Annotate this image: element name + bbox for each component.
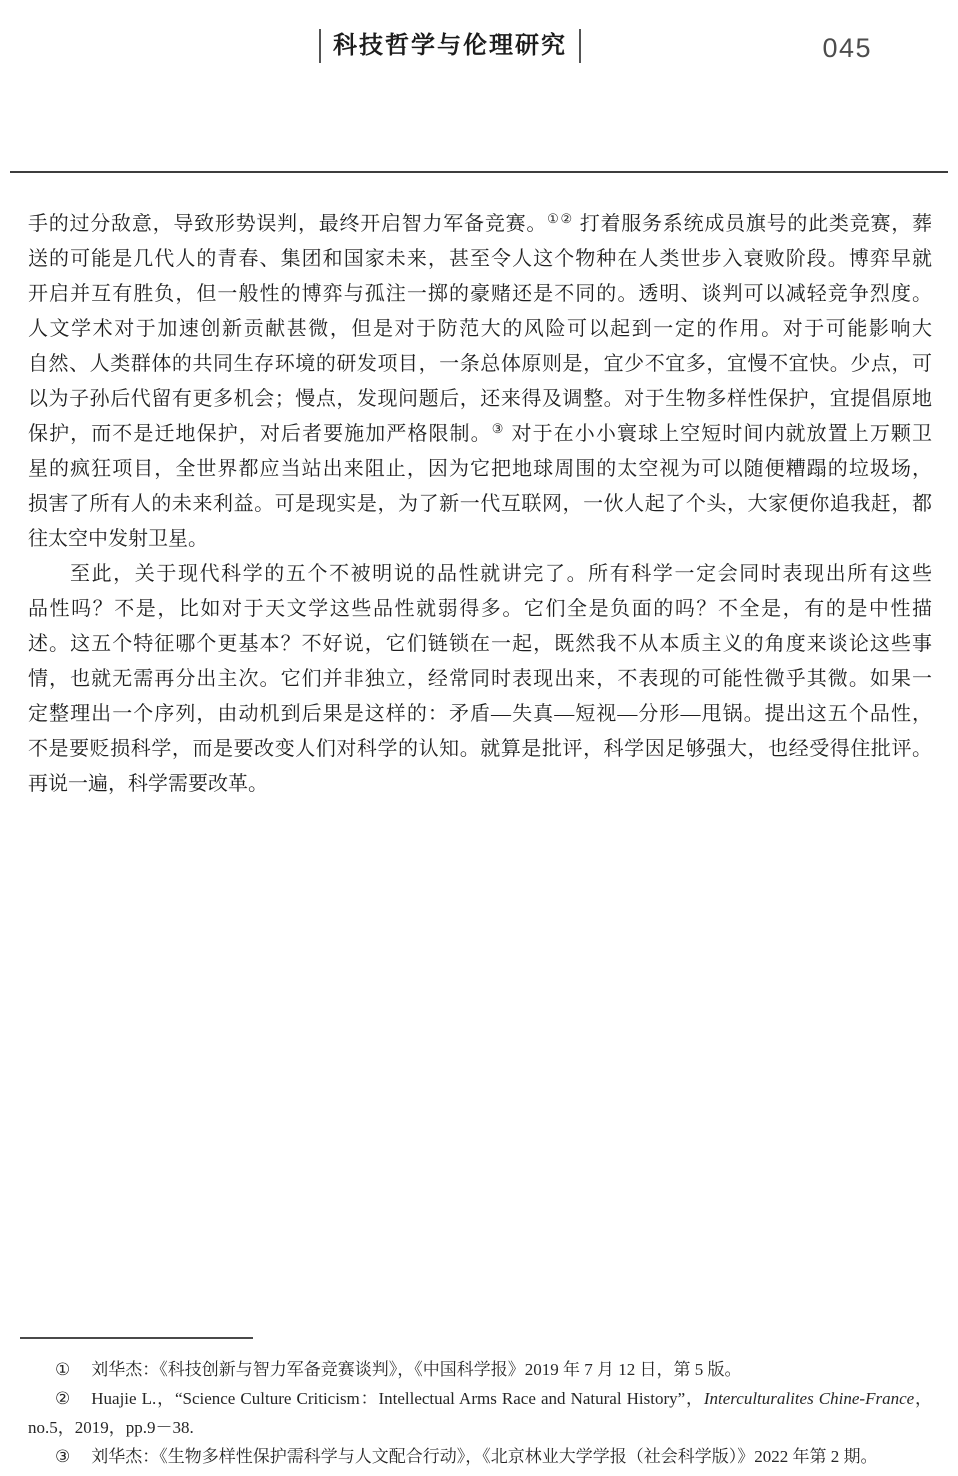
page-number: 045 (822, 33, 872, 64)
footnote-ref-marker: ①② (547, 211, 574, 226)
body-line: 开启并互有胜负，但一般性的博弈与孤注一掷的豪赌还是不同的。透明、谈判可以减轻竞争… (28, 277, 932, 312)
footnote-rule (20, 1337, 253, 1339)
body-line: 损害了所有人的未来利益。可是现实是，为了新一代互联网，一伙人起了个头，大家便你追… (28, 487, 932, 522)
body-line: 人文学术对于加速创新贡献甚微，但是对于防范大的风险可以起到一定的作用。对于可能影… (28, 312, 932, 347)
document-page: 科技哲学与伦理研究 045 手的过分敌意，导致形势误判，最终开启智力军备竞赛。①… (0, 0, 958, 1476)
footnote-list: ①刘华杰：《科技创新与智力军备竞赛谈判》，《中国科学报》2019 年 7 月 1… (28, 1355, 932, 1471)
footnote-marker: ③ (55, 1442, 70, 1471)
running-header: 科技哲学与伦理研究 (0, 28, 929, 64)
footnote-text: 刘华杰：《科技创新与智力军备竞赛谈判》，《中国科学报》2019 年 7 月 12… (91, 1360, 741, 1379)
footnote: ②Huajie L.，“Science Culture Criticism：In… (28, 1384, 932, 1442)
footnote-text-italic: Interculturalites Chine-France (704, 1389, 914, 1408)
body-line: 往太空中发射卫星。 (28, 522, 932, 557)
body-line: 不是要贬损科学，而是要改变人们对科学的认知。就算是批评，科学因足够强大，也经受得… (28, 732, 932, 767)
body-line: 保护，而不是迁地保护，对后者要施加严格限制。③ 对于在小小寰球上空短时间内就放置… (28, 417, 932, 452)
body-line: 再说一遍，科学需要改革。 (28, 767, 932, 802)
body-line: 手的过分敌意，导致形势误判，最终开启智力军备竞赛。①② 打着服务系统成员旗号的此… (28, 207, 932, 242)
footnote-ref-marker: ③ (492, 421, 506, 436)
body-text: 手的过分敌意，导致形势误判，最终开启智力军备竞赛。①② 打着服务系统成员旗号的此… (28, 207, 932, 802)
header-left-bar (319, 29, 321, 63)
body-line: 星的疯狂项目，全世界都应当站出来阻止，因为它把地球周围的太空视为可以随便糟蹋的垃… (28, 452, 932, 487)
footnote: ③刘华杰：《生物多样性保护需科学与人文配合行动》，《北京林业大学学报（社会科学版… (28, 1442, 932, 1471)
body-line: 情，也就无需再分出主次。它们并非独立，经常同时表现出来，不表现的可能性微乎其微。… (28, 662, 932, 697)
header-rule (10, 171, 948, 173)
header-right-bar (579, 29, 581, 63)
body-line: 述。这五个特征哪个更基本？不好说，它们链锁在一起，既然我不从本质主义的角度来谈论… (28, 627, 932, 662)
footnote: ①刘华杰：《科技创新与智力军备竞赛谈判》，《中国科学报》2019 年 7 月 1… (28, 1355, 932, 1384)
body-line: 品性吗？不是，比如对于天文学这些品性就弱得多。它们全是负面的吗？不全是，有的是中… (28, 592, 932, 627)
body-line: 至此，关于现代科学的五个不被明说的品性就讲完了。所有科学一定会同时表现出所有这些 (28, 557, 932, 592)
body-line: 定整理出一个序列，由动机到后果是这样的：矛盾—失真—短视—分形—甩锅。提出这五个… (28, 697, 932, 732)
body-line: 以为子孙后代留有更多机会；慢点，发现问题后，还来得及调整。对于生物多样性保护，宜… (28, 382, 932, 417)
body-line: 送的可能是几代人的青春、集团和国家未来，甚至令人这个物种在人类世步入衰败阶段。博… (28, 242, 932, 277)
section-title: 科技哲学与伦理研究 (333, 28, 567, 64)
body-line: 自然、人类群体的共同生存环境的研发项目，一条总体原则是，宜少不宜多，宜慢不宜快。… (28, 347, 932, 382)
footnote-marker: ① (55, 1355, 70, 1384)
footnote-text: 刘华杰：《生物多样性保护需科学与人文配合行动》，《北京林业大学学报（社会科学版）… (91, 1447, 877, 1466)
footnote-marker: ② (55, 1384, 70, 1413)
footnote-text: Huajie L.，“Science Culture Criticism：Int… (91, 1389, 704, 1408)
